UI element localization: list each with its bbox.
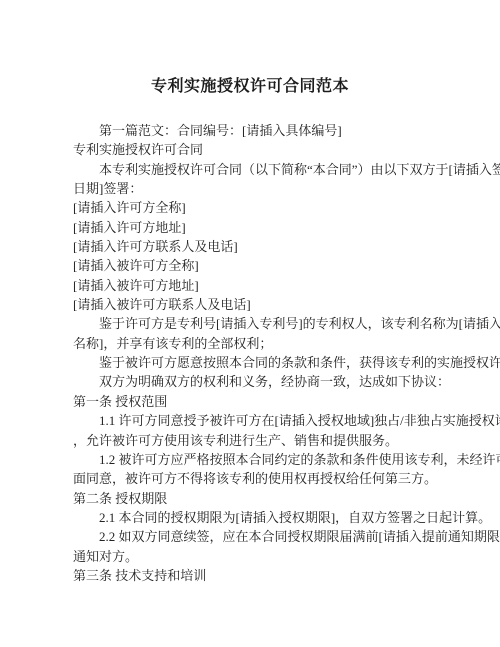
document-line: 专利实施授权许可合同 (73, 140, 434, 159)
document-line: 日期]签署： (73, 179, 434, 198)
document-line: [请插入许可方地址] (73, 218, 434, 237)
document-line: 第三条 技术支持和培训 (73, 566, 434, 585)
document-line: 鉴于被许可方愿意按照本合同的条款和条件，获得该专利的实施授权许可； (73, 353, 434, 372)
document-line: ，允许被许可方使用该专利进行生产、销售和提供服务。 (73, 431, 434, 450)
document-line: [请插入被许可方联系人及电话] (73, 295, 434, 314)
document-line: [请插入被许可方地址] (73, 276, 434, 295)
document-line: 本专利实施授权许可合同（以下简称“本合同”）由以下双方于[请插入签署 (73, 160, 434, 179)
document-line: [请插入许可方联系人及电话] (73, 237, 434, 256)
document-line: 1.1 许可方同意授予被许可方在[请插入授权地域]独占/非独占实施授权许可 (73, 411, 434, 430)
document-title: 专利实施授权许可合同范本 (0, 0, 500, 98)
document-line: [请插入被许可方全称] (73, 256, 434, 275)
document-line: 第一条 授权范围 (73, 392, 434, 411)
document-line: 通知对方。 (73, 547, 434, 566)
document-line: [请插入许可方全称] (73, 198, 434, 217)
document-body: 第一篇范文：合同编号：[请插入具体编号] 专利实施授权许可合同 本专利实施授权许… (73, 121, 434, 585)
document-line: 面同意，被许可方不得将该专利的使用权再授权给任何第三方。 (73, 469, 434, 488)
document-line: 名称]，并享有该专利的全部权利； (73, 334, 434, 353)
document-line: 1.2 被许可方应严格按照本合同约定的条款和条件使用该专利，未经许可方书 (73, 450, 434, 469)
document-line: 第二条 授权期限 (73, 489, 434, 508)
document-line: 第一篇范文：合同编号：[请插入具体编号] (73, 121, 434, 140)
document-line: 双方为明确双方的权利和义务，经协商一致，达成如下协议： (73, 372, 434, 391)
document-line: 2.2 如双方同意续签，应在本合同授权期限届满前[请插入提前通知期限]书面 (73, 527, 434, 546)
document-line: 鉴于许可方是专利号[请插入专利号]的专利权人，该专利名称为[请插入专利 (73, 314, 434, 333)
document-line: 2.1 本合同的授权期限为[请插入授权期限]，自双方签署之日起计算。 (73, 508, 434, 527)
document-page: 专利实施授权许可合同范本 第一篇范文：合同编号：[请插入具体编号] 专利实施授权… (0, 0, 500, 647)
